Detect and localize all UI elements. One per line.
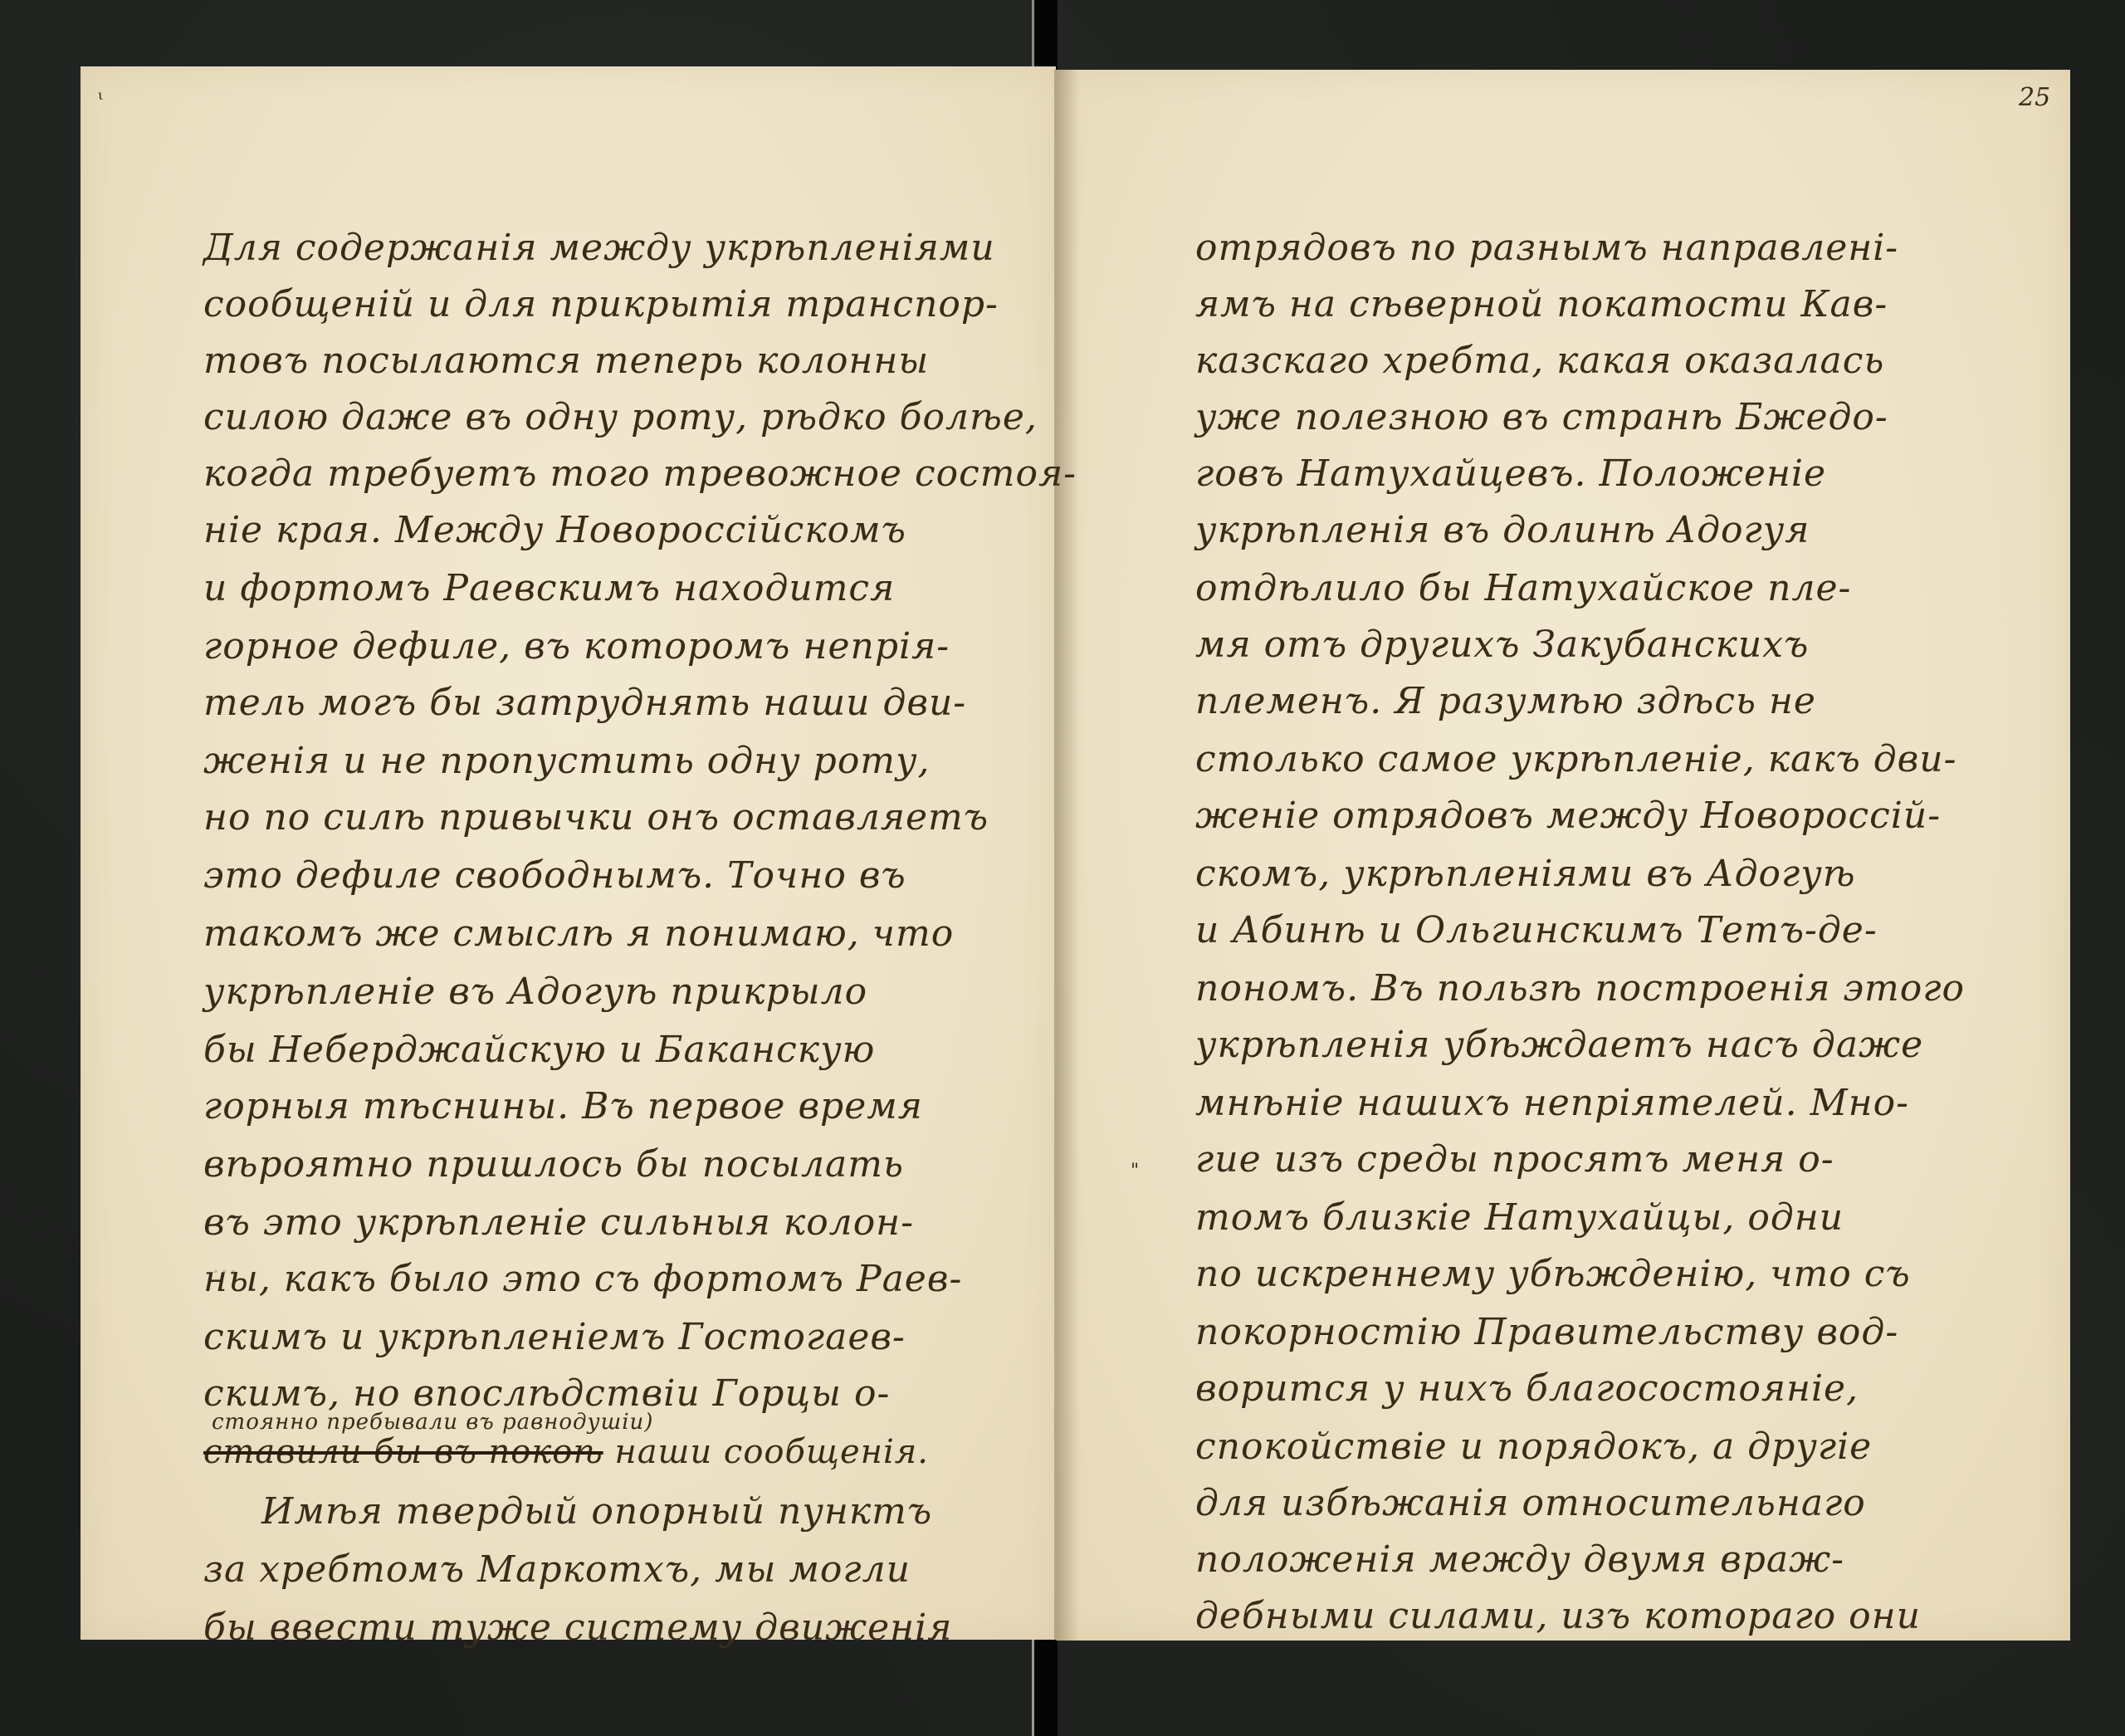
manuscript-line: но по силѣ привычки онъ оставляетъ [203,794,989,842]
right-page-text: отрядовъ по разнымъ направлені- ямъ на с… [1195,224,2050,1544]
manuscript-line: по искреннему убѣжденію, что съ [1195,1250,1911,1298]
manuscript-line: вѣроятно пришлось бы посылать [203,1141,904,1189]
manuscript-line: ворится у нихъ благосостояніе, [1195,1365,1859,1413]
manuscript-line: укрѣпленіе въ Адогуѣ прикрыло [203,968,867,1016]
manuscript-line: дебными силами, изъ котораго они [1195,1592,1921,1641]
manuscript-line: горныя тѣснины. Въ первое время [203,1083,923,1131]
manuscript-line: и фортомъ Раевскимъ находится [203,565,895,613]
spine-edge-top [1032,0,1034,71]
paragraph-start-line: Имѣя твердый опорный пунктъ [261,1488,932,1536]
spine-edge-bottom [1032,1640,1034,1736]
page-number: 25 [2019,83,2050,112]
manuscript-line: ны, какъ было это съ фортомъ Раев- [203,1255,962,1303]
manuscript-line: горное дефиле, въ которомъ непрія- [203,623,950,671]
manuscript-line: за хребтомъ Маркотхъ, мы могли [203,1546,911,1594]
manuscript-line: силою даже въ одну роту, рѣдко болѣе, [203,394,1038,442]
manuscript-line: отдѣлило бы Натухайское пле- [1195,565,1851,613]
left-page-corner-mark: ι [98,87,103,103]
manuscript-line: мнѣніе нашихъ непріятелей. Мно- [1195,1079,1909,1127]
manuscript-line: уже полезною въ странѣ Бжедо- [1195,394,1888,442]
manuscript-line: такомъ же смыслѣ я понимаю, что [203,910,954,958]
manuscript-line: племенъ. Я разумѣю здѣсь не [1195,677,1816,726]
manuscript-line: ямъ на сѣверной покатости Кав- [1195,281,1888,329]
manuscript-line: спокойствіе и порядокъ, а другіе [1195,1423,1872,1471]
manuscript-line: Для содержанія между укрѣпленіями [203,224,995,272]
manuscript-line: женіе отрядовъ между Новороссій- [1195,792,1941,840]
left-page-text: Для содержанія между укрѣпленіями сообще… [203,224,1067,1519]
corrected-line: ставили бы въ покоѣ наши сообщенія. [203,1428,929,1476]
manuscript-line: въ это укрѣпленіе сильныя колон- [203,1199,914,1247]
manuscript-line: скимъ и укрѣпленіемъ Гостогаев- [203,1313,906,1362]
struck-through-text: ставили бы въ покоѣ [203,1433,603,1471]
manuscript-line: томъ близкіе Натухайцы, одни [1195,1194,1844,1242]
manuscript-line: тель могъ бы затруднять наши дви- [203,679,966,727]
manuscript-line: товъ посылаются теперь колонны [203,337,929,385]
manuscript-line: покорностію Правительству вод- [1195,1308,1898,1357]
manuscript-line: бы Неберджайскую и Баканскую [203,1026,875,1074]
manuscript-line: скомъ, укрѣпленіями въ Адогуѣ [1195,850,1856,898]
manuscript-line: это дефиле свободнымъ. Точно въ [203,852,906,900]
manuscript-line: укрѣпленія въ долинѣ Адогуя [1195,506,1810,555]
manuscript-line: мя отъ другихъ Закубанскихъ [1195,621,1809,669]
manuscript-line: женія и не пропустить одну роту, [203,737,931,785]
manuscript-line: положенія между двумя враж- [1195,1536,1844,1584]
manuscript-line: и Абинѣ и Ольгинскимъ Тетъ-де- [1195,907,1878,955]
manuscript-line: ніе края. Между Новороссійскомъ [203,506,906,555]
manuscript-line: бы ввести туже систему движенія [203,1604,952,1652]
manuscript-line: столько самое укрѣпленіе, какъ дви- [1195,736,1957,784]
manuscript-line: пономъ. Въ пользѣ построенія этого [1195,965,1965,1013]
manuscript-line: укрѣпленія убѣждаетъ насъ даже [1195,1021,1923,1069]
manuscript-line: казскаго хребта, какая оказалась [1195,337,1884,385]
manuscript-line: гие изъ среды просятъ меня о- [1195,1136,1834,1184]
manuscript-line: отрядовъ по разнымъ направлені- [1195,224,1898,272]
right-page-margin-mark: " [1131,1161,1139,1181]
manuscript-line: когда требуетъ того тревожное состоя- [203,450,1077,498]
manuscript-line: для избѣжанія относительнаго [1195,1479,1866,1528]
line-continuation: наши сообщенія. [614,1433,929,1471]
manuscript-line: сообщеній и для прикрытія транспор- [203,281,999,329]
erased-faint-text: ... [212,1250,238,1279]
manuscript-line: говъ Натухайцевъ. Положеніе [1195,450,1826,498]
